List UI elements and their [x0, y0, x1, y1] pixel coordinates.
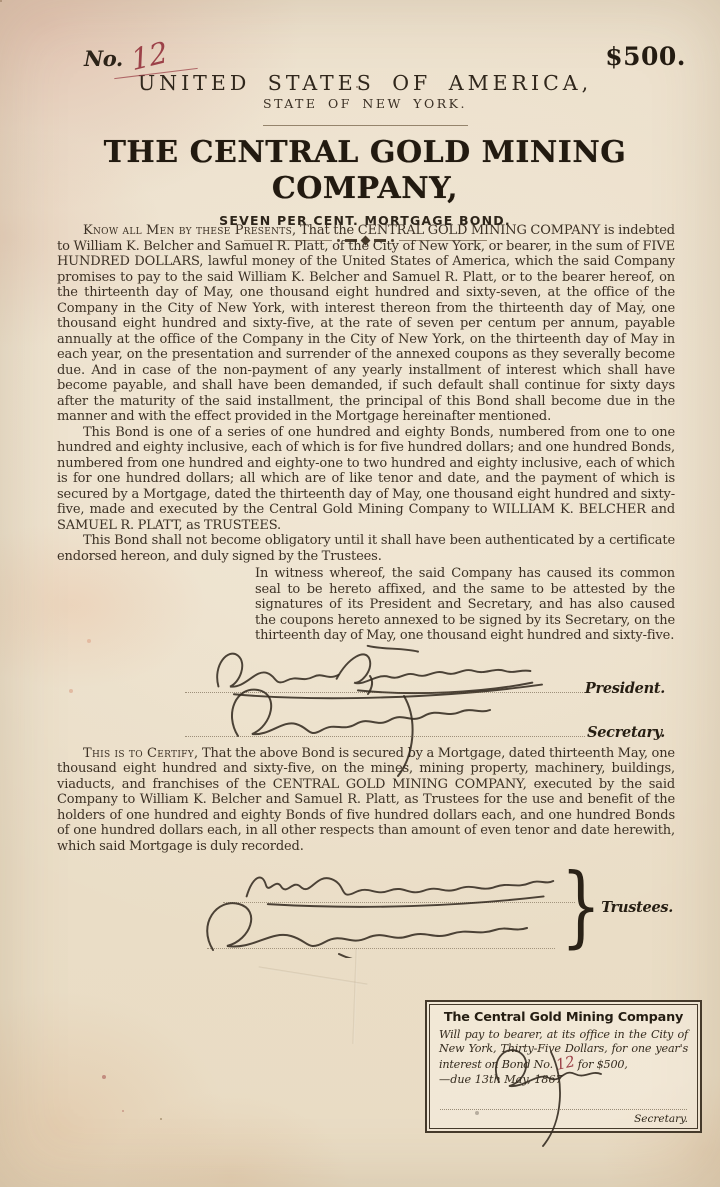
- coupon-title: The Central Gold Mining Company: [439, 1010, 688, 1025]
- president-signature-line: [185, 692, 585, 693]
- coupon-secretary-signature: [485, 1036, 615, 1154]
- secretary-label: Secretary.: [587, 725, 665, 741]
- state-title: STATE OF NEW YORK.: [40, 96, 690, 111]
- trustees-signature-block: } Trustees.: [57, 858, 675, 964]
- certificate-header: No.12 $500. UNITED STATES OF AMERICA, ST…: [40, 42, 690, 244]
- interest-coupon: The Central Gold Mining Company Will pay…: [425, 1000, 702, 1133]
- president-label: President.: [585, 681, 665, 697]
- bond-certificate-page: No.12 $500. UNITED STATES OF AMERICA, ST…: [0, 0, 720, 1187]
- trustees-label: Trustees.: [601, 900, 673, 916]
- trustee1-signature: [233, 854, 563, 908]
- trustees-brace: }: [561, 860, 601, 952]
- paragraph-obligatory: This Bond shall not become obligatory un…: [57, 533, 675, 564]
- secretary-signature-line: [185, 736, 585, 737]
- certify-lead: This is to Certify,: [83, 746, 198, 761]
- trustee1-signature-line: [223, 902, 575, 903]
- bond-number-label: No.: [84, 46, 123, 71]
- coupon-secretary-label: Secretary.: [634, 1113, 688, 1125]
- paragraph-series: This Bond is one of a series of one hund…: [57, 425, 675, 534]
- secretary-signature-row: Secretary.: [57, 702, 675, 746]
- paper-specks: [0, 0, 2, 2]
- paragraph-certify: This is to Certify, That the above Bond …: [57, 746, 675, 855]
- bond-number-handwritten: 12: [129, 38, 169, 76]
- paragraph-lead: Know all Men by these Presents,: [83, 223, 296, 238]
- president-signature-row: President.: [57, 656, 675, 702]
- header-divider-rule: [263, 125, 468, 126]
- bond-number-row: No.12: [84, 42, 168, 71]
- bond-text-column: Know all Men by these Presents, That the…: [57, 223, 675, 964]
- paragraph-obligation: Know all Men by these Presents, That the…: [57, 223, 675, 425]
- paragraph-text: That the CENTRAL GOLD MINING COMPANY is …: [57, 223, 675, 424]
- company-title: THE CENTRAL GOLD MINING COMPANY,: [40, 135, 690, 207]
- paper-crease-diagonal: [259, 966, 368, 985]
- witness-clause: In witness whereof, the said Company has…: [255, 566, 675, 644]
- certify-text: That the above Bond is secured by a Mort…: [57, 746, 675, 854]
- denomination: $500.: [605, 42, 686, 71]
- trustee2-signature-line: [207, 948, 555, 949]
